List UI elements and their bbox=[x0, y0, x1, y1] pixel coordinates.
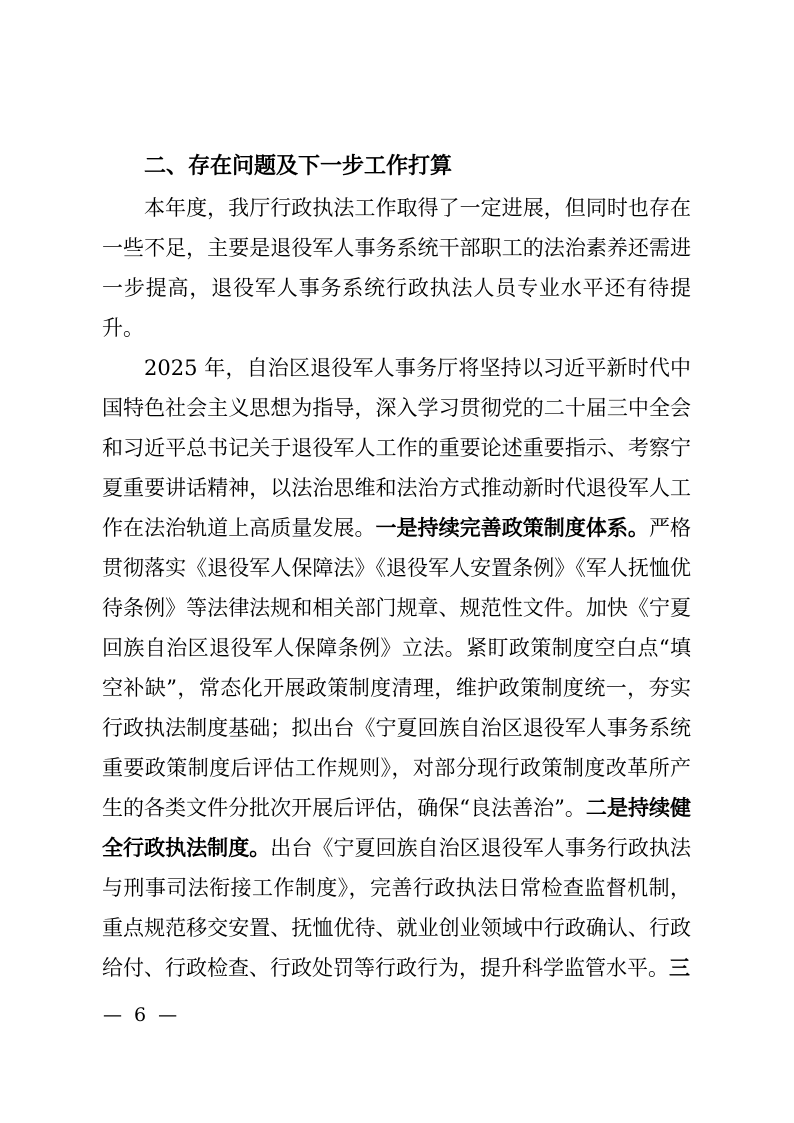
paragraph: 本年度，我厅行政执法工作取得了一定进展，但同时也存在一些不足，主要是退役军人事务… bbox=[102, 188, 691, 348]
body-text: 严格贯彻落实《退役军人保障法》《退役军人安置条例》《军人抚恤优待条例》等法律法规… bbox=[102, 516, 691, 820]
emphasis-text: 三 bbox=[669, 956, 690, 980]
document-body: 二、存在问题及下一步工作打算 本年度，我厅行政执法工作取得了一定进展，但同时也存… bbox=[102, 146, 691, 988]
emphasis-text: 一是持续完善政策制度体系。 bbox=[375, 516, 648, 540]
page-number: — 6 — bbox=[103, 1001, 180, 1029]
paragraph: 2025 年，自治区退役军人事务厅将坚持以习近平新时代中国特色社会主义思想为指导… bbox=[102, 348, 691, 988]
document-page: 二、存在问题及下一步工作打算 本年度，我厅行政执法工作取得了一定进展，但同时也存… bbox=[0, 0, 794, 1123]
section-heading: 二、存在问题及下一步工作打算 bbox=[102, 146, 691, 188]
body-text: 本年度，我厅行政执法工作取得了一定进展，但同时也存在一些不足，主要是退役军人事务… bbox=[102, 196, 691, 340]
body-text: 2025 年，自治区退役军人事务厅将坚持以习近平新时代中国特色社会主义思想为指导… bbox=[102, 356, 691, 540]
body-paragraphs: 本年度，我厅行政执法工作取得了一定进展，但同时也存在一些不足，主要是退役军人事务… bbox=[102, 188, 691, 988]
